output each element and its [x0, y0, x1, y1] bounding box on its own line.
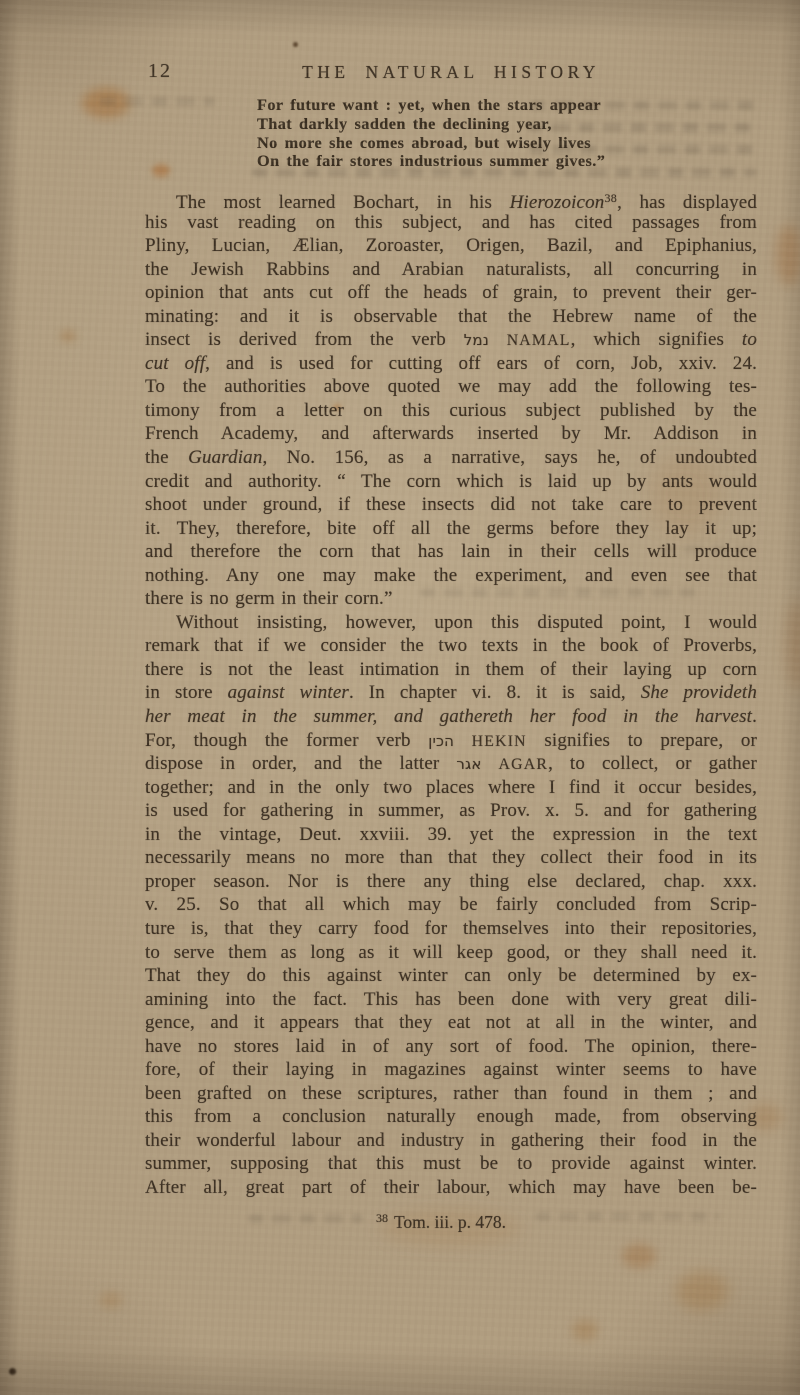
text-line: For, though the former verb הכין HEKIN s… [145, 729, 757, 753]
text-segment: the Jewish Rabbins and Arabian naturalis… [145, 259, 757, 280]
text-segment: v. 25. So that all which may be fairly c… [145, 894, 757, 915]
text-line: been grafted on these scriptures, rather… [145, 1082, 757, 1106]
book-page: 12 THE NATURAL HISTORY For future want :… [0, 0, 800, 1395]
text-segment: opinion that ants cut off the heads of g… [145, 282, 757, 303]
text-segment: HEKIN [472, 733, 527, 750]
text-segment: there is no germ in their corn.” [145, 588, 393, 609]
text-segment: insect is derived from the verb [145, 329, 464, 350]
text-line: For future want : yet, when the stars ap… [257, 96, 605, 115]
text-segment: Guardian [188, 447, 262, 468]
text-segment: On the fair stores industrious summer gi… [257, 152, 605, 170]
text-segment: in store [145, 682, 228, 703]
text-line: minating: and it is observable that the … [145, 305, 757, 329]
text-segment: That they do this against winter can onl… [145, 965, 757, 986]
body-text: The most learned Bochart, in his Hierozo… [145, 187, 757, 1200]
text-segment: it. They, therefore, bite off all the ge… [145, 518, 757, 539]
text-line: shoot under ground, if these insects did… [145, 493, 757, 517]
paragraph: Without insisting, however, upon this di… [145, 611, 757, 1200]
text-line: After all, great part of their labour, w… [145, 1176, 757, 1200]
stain [676, 1272, 728, 1310]
text-line: have no stores laid in of any sort of fo… [145, 1035, 757, 1059]
text-segment: , has displayed [617, 192, 757, 211]
text-segment: credit and authority. “ The corn which i… [145, 471, 757, 492]
text-line: v. 25. So that all which may be fairly c… [145, 893, 757, 917]
text-line: dispose in order, and the latter אגר AGA… [145, 752, 757, 776]
text-segment: minating: and it is observable that the … [145, 306, 757, 327]
text-segment: remark that if we consider the two texts… [145, 635, 757, 656]
text-line: Pliny, Lucian, Ælian, Zoroaster, Origen,… [145, 234, 757, 258]
text-segment: is used for gathering in summer, as Prov… [145, 800, 757, 821]
text-segment: . [752, 706, 757, 727]
text-segment: 38 [604, 191, 617, 205]
text-segment: dispose in order, and the latter [145, 753, 456, 774]
ink-speck [9, 1368, 16, 1375]
text-line: the Guardian, No. 156, as a narrative, s… [145, 446, 757, 470]
text-line: his vast reading on this subject, and ha… [145, 211, 757, 235]
text-line: the Jewish Rabbins and Arabian naturalis… [145, 258, 757, 282]
text-line: remark that if we consider the two texts… [145, 634, 757, 658]
text-line: their wonderful labour and industry in g… [145, 1129, 757, 1153]
text-line: fore, of their laying in magazines again… [145, 1058, 757, 1082]
paragraph: The most learned Bochart, in his Hierozo… [145, 187, 757, 611]
footnote-marker: 38 [376, 1211, 388, 1225]
footnote: 38Tom. iii. p. 478. [145, 1211, 737, 1233]
text-line: That they do this against winter can onl… [145, 964, 757, 988]
text-segment: shoot under ground, if these insects did… [145, 494, 757, 515]
text-segment: amining into the fact. This has been don… [145, 989, 757, 1010]
text-line: opinion that ants cut off the heads of g… [145, 281, 757, 305]
text-segment: the [145, 447, 188, 468]
text-line: nothing. Any one may make the experiment… [145, 564, 757, 588]
text-segment: After all, great part of their labour, w… [145, 1177, 757, 1198]
text-segment: timony from a letter on this curious sub… [145, 400, 757, 421]
text-segment: been grafted on these scriptures, rather… [145, 1083, 757, 1104]
text-line: gence, and it appears that they eat not … [145, 1011, 757, 1035]
text-line: there is not the least intimation in the… [145, 658, 757, 682]
stain [786, 600, 800, 690]
text-line: and therefore the corn that has lain in … [145, 540, 757, 564]
text-segment: To the authorities above quoted we may a… [145, 376, 757, 397]
text-segment: , No. 156, as a narrative, says he, of u… [262, 447, 757, 468]
text-line: To the authorities above quoted we may a… [145, 375, 757, 399]
text-segment: necessarily means no more than that they… [145, 847, 757, 868]
text-segment: there is not the least intimation in the… [145, 659, 757, 680]
text-segment [489, 329, 507, 350]
stain [776, 225, 800, 285]
text-line: it. They, therefore, bite off all the ge… [145, 517, 757, 541]
text-segment: gence, and it appears that they eat not … [145, 1012, 757, 1033]
text-segment: cut off [145, 353, 205, 374]
text-line: is used for gathering in summer, as Prov… [145, 799, 757, 823]
text-segment [482, 753, 499, 774]
text-segment: AGAR [499, 756, 549, 773]
text-segment: ture is, that they carry food for themse… [145, 918, 757, 939]
text-segment: nothing. Any one may make the experiment… [145, 565, 757, 586]
text-line: No more she comes abroad, but wisely liv… [257, 134, 605, 153]
text-segment: have no stores laid in of any sort of fo… [145, 1036, 757, 1057]
ghost-text [100, 97, 215, 106]
text-line: in the vintage, Deut. xxviii. 39. yet th… [145, 823, 757, 847]
text-segment: together; and in the only two places whe… [145, 777, 757, 798]
footnote-text: Tom. iii. p. 478. [394, 1212, 506, 1232]
text-segment: and therefore the corn that has lain in … [145, 541, 757, 562]
text-line: summer, supposing that this must be to p… [145, 1152, 757, 1176]
running-header: THE NATURAL HISTORY [145, 62, 757, 83]
text-line: The most learned Bochart, in his Hierozo… [145, 187, 757, 211]
text-line: credit and authority. “ The corn which i… [145, 470, 757, 494]
text-line: insect is derived from the verb נמל NAMA… [145, 328, 757, 352]
hebrew-word: הכין [428, 732, 454, 750]
text-segment: his vast reading on this subject, and ha… [145, 212, 757, 233]
stain [622, 1244, 656, 1268]
text-line: proper season. Nor is there any thing el… [145, 870, 757, 894]
text-segment: summer, supposing that this must be to p… [145, 1153, 757, 1174]
text-segment: NAMAL [507, 332, 571, 349]
text-segment: For, though the former verb [145, 730, 428, 751]
text-line: this from a conclusion naturally enough … [145, 1105, 757, 1129]
hebrew-word: נמל [464, 331, 489, 349]
text-segment: proper season. Nor is there any thing el… [145, 871, 757, 892]
text-segment: against winter [228, 682, 349, 703]
text-line: Without insisting, however, upon this di… [145, 611, 757, 635]
text-segment: in the vintage, Deut. xxviii. 39. yet th… [145, 824, 757, 845]
text-line: cut off, and is used for cutting off ear… [145, 352, 757, 376]
text-segment: Hierozoicon [510, 192, 605, 211]
text-segment: The most learned Bochart, in his [176, 192, 510, 211]
text-segment: , which signifies [571, 329, 742, 350]
text-segment: . In chapter vi. 8. it is said, [349, 682, 641, 703]
stain [60, 330, 76, 342]
text-segment: For future want : yet, when the stars ap… [257, 96, 601, 114]
text-line: timony from a letter on this curious sub… [145, 399, 757, 423]
text-segment: , and is used for cutting off ears of co… [205, 353, 757, 374]
text-line: ture is, that they carry food for themse… [145, 917, 757, 941]
text-segment: her meat in the summer, and gathereth he… [145, 706, 752, 727]
text-line: together; and in the only two places whe… [145, 776, 757, 800]
text-line: in store against winter. In chapter vi. … [145, 681, 757, 705]
stain [100, 1292, 122, 1308]
text-line: French Academy, and afterwards inserted … [145, 422, 757, 446]
stain [572, 1320, 598, 1340]
text-segment [454, 730, 472, 751]
stain [152, 164, 170, 177]
hebrew-word: אגר [456, 755, 481, 773]
text-segment: this from a conclusion naturally enough … [145, 1106, 757, 1127]
text-line: That darkly sadden the declining year, [257, 115, 605, 134]
text-segment: French Academy, and afterwards inserted … [145, 423, 757, 444]
ink-speck [293, 42, 298, 47]
text-line: necessarily means no more than that they… [145, 846, 757, 870]
text-segment: signifies to prepare, or [527, 730, 757, 751]
text-line: there is no germ in their corn.” [145, 587, 757, 611]
text-segment: to [742, 329, 757, 350]
text-segment: That darkly sadden the declining year, [257, 115, 552, 133]
text-line: amining into the fact. This has been don… [145, 988, 757, 1012]
text-segment: No more she comes abroad, but wisely liv… [257, 134, 591, 152]
text-line: On the fair stores industrious summer gi… [257, 152, 605, 171]
text-segment: fore, of their laying in magazines again… [145, 1059, 757, 1080]
text-segment: Without insisting, however, upon this di… [176, 612, 757, 633]
text-line: to serve them as long as it will keep go… [145, 941, 757, 965]
text-segment: their wonderful labour and industry in g… [145, 1130, 757, 1151]
text-line: her meat in the summer, and gathereth he… [145, 705, 757, 729]
verse-quotation: For future want : yet, when the stars ap… [257, 96, 605, 171]
text-segment: , to collect, or gather [548, 753, 757, 774]
text-segment: Pliny, Lucian, Ælian, Zoroaster, Origen,… [145, 235, 757, 256]
text-segment: She provideth [641, 682, 757, 703]
text-segment: to serve them as long as it will keep go… [145, 942, 757, 963]
